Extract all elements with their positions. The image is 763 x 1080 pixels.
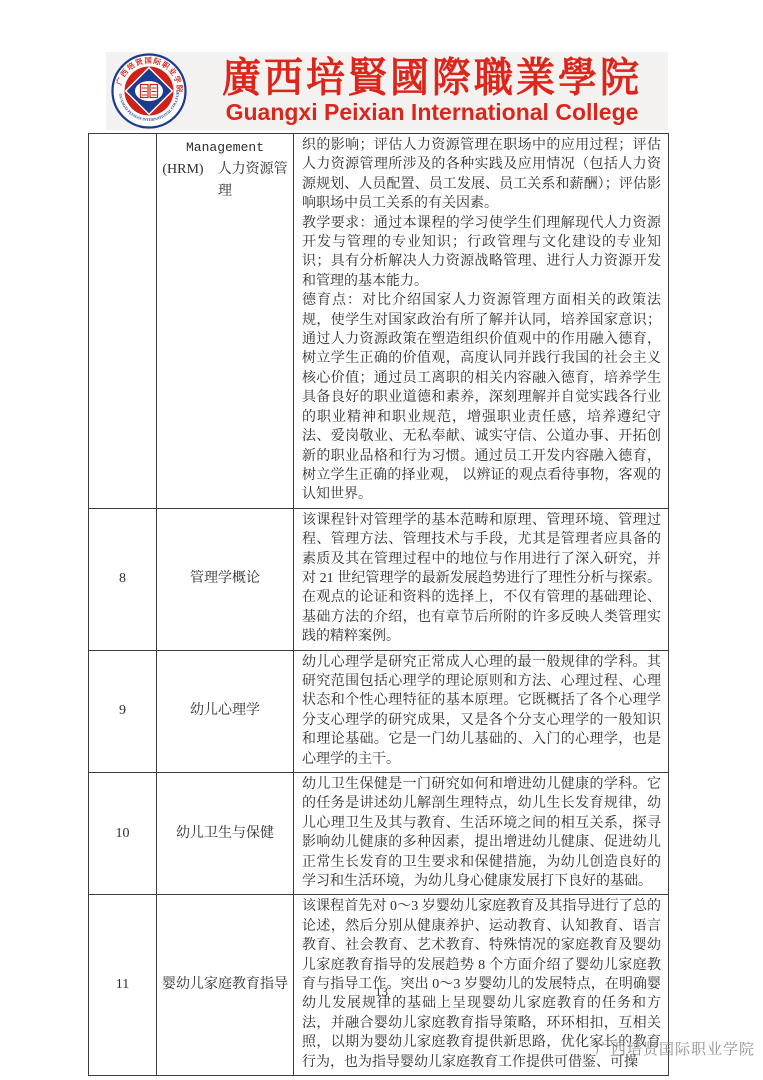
description-paragraph: 该课程针对管理学的基本范畴和原理、管理环境、管理过程、管理方法、管理技术与手段，…: [302, 511, 661, 647]
logo-open-book-icon: [135, 81, 163, 101]
course-name-cell: 幼儿卫生与保健: [157, 773, 294, 895]
watermark-college-name: 广西培贤国际职业学院: [595, 1038, 755, 1059]
table-row: 9幼儿心理学幼儿心理学是研究正常成人心理的最一般规律的学科。其研究范围包括心理学…: [89, 650, 669, 772]
course-name-cell: Management(HRM) 人力资源管理: [157, 134, 294, 509]
course-catalog-table: Management(HRM) 人力资源管理织的影响；评估人力资源管理在职场中的…: [88, 133, 669, 1076]
description-paragraph: 织的影响；评估人力资源管理在职场中的应用过程；评估人力资源管理所涉及的各种实践及…: [302, 136, 661, 214]
college-logo: 广西培贤国际职业学院 GUANGXI PEIXIAN INTERNATIONAL…: [110, 53, 188, 129]
course-number-cell: [89, 134, 157, 509]
course-description-cell: 该课程针对管理学的基本范畴和原理、管理环境、管理过程、管理方法、管理技术与手段，…: [294, 508, 669, 650]
course-table-body: Management(HRM) 人力资源管理织的影响；评估人力资源管理在职场中的…: [89, 134, 669, 1076]
course-number-cell: 8: [89, 508, 157, 650]
course-name-line: 管理学概论: [157, 568, 293, 590]
course-name-cell: 幼儿心理学: [157, 650, 294, 772]
college-header-banner: 广西培贤国际职业学院 GUANGXI PEIXIAN INTERNATIONAL…: [106, 52, 668, 130]
course-description-cell: 织的影响；评估人力资源管理在职场中的应用过程；评估人力资源管理所涉及的各种实践及…: [294, 134, 669, 509]
college-title-chinese: 廣西培賢國際職業學院: [222, 58, 642, 99]
college-title-block: 廣西培賢國際職業學院 Guangxi Peixian International…: [200, 59, 664, 124]
course-name-cell: 管理学概论: [157, 508, 294, 650]
page-number: 13: [0, 984, 763, 1000]
description-paragraph: 幼儿心理学是研究正常成人心理的最一般规律的学科。其研究范围包括心理学的理论原则和…: [302, 653, 661, 769]
table-row: 10幼儿卫生与保健幼儿卫生保健是一门研究如何和增进幼儿健康的学科。它的任务是讲述…: [89, 773, 669, 895]
course-description-cell: 幼儿心理学是研究正常成人心理的最一般规律的学科。其研究范围包括心理学的理论原则和…: [294, 650, 669, 772]
description-paragraph: 幼儿卫生保健是一门研究如何和增进幼儿健康的学科。它的任务是讲述幼儿解剖生理特点，…: [302, 775, 661, 891]
college-logo-badge: 广西培贤国际职业学院 GUANGXI PEIXIAN INTERNATIONAL…: [111, 53, 187, 129]
course-name-line: Management: [157, 137, 293, 159]
course-number-cell: 9: [89, 650, 157, 772]
college-title-english: Guangxi Peixian International College: [226, 101, 639, 124]
course-name-line: 幼儿卫生与保健: [157, 823, 293, 845]
course-number-cell: 10: [89, 773, 157, 895]
course-description-cell: 幼儿卫生保健是一门研究如何和增进幼儿健康的学科。它的任务是讲述幼儿解剖生理特点，…: [294, 773, 669, 895]
description-paragraph: 教学要求：通过本课程的学习使学生们理解现代人力资源开发与管理的专业知识；行政管理…: [302, 214, 661, 292]
description-paragraph: 德育点：对比介绍国家人力资源管理方面相关的政策法规，使学生对国家政治有所了解并认…: [302, 291, 661, 504]
course-name-line: 幼儿心理学: [157, 700, 293, 722]
table-row: 8管理学概论该课程针对管理学的基本范畴和原理、管理环境、管理过程、管理方法、管理…: [89, 508, 669, 650]
course-name-line: (HRM) 人力资源管理: [157, 159, 293, 203]
document-page: { "header": { "title_zh": "廣西培賢國際職業學院", …: [0, 0, 763, 1080]
table-row: Management(HRM) 人力资源管理织的影响；评估人力资源管理在职场中的…: [89, 134, 669, 509]
